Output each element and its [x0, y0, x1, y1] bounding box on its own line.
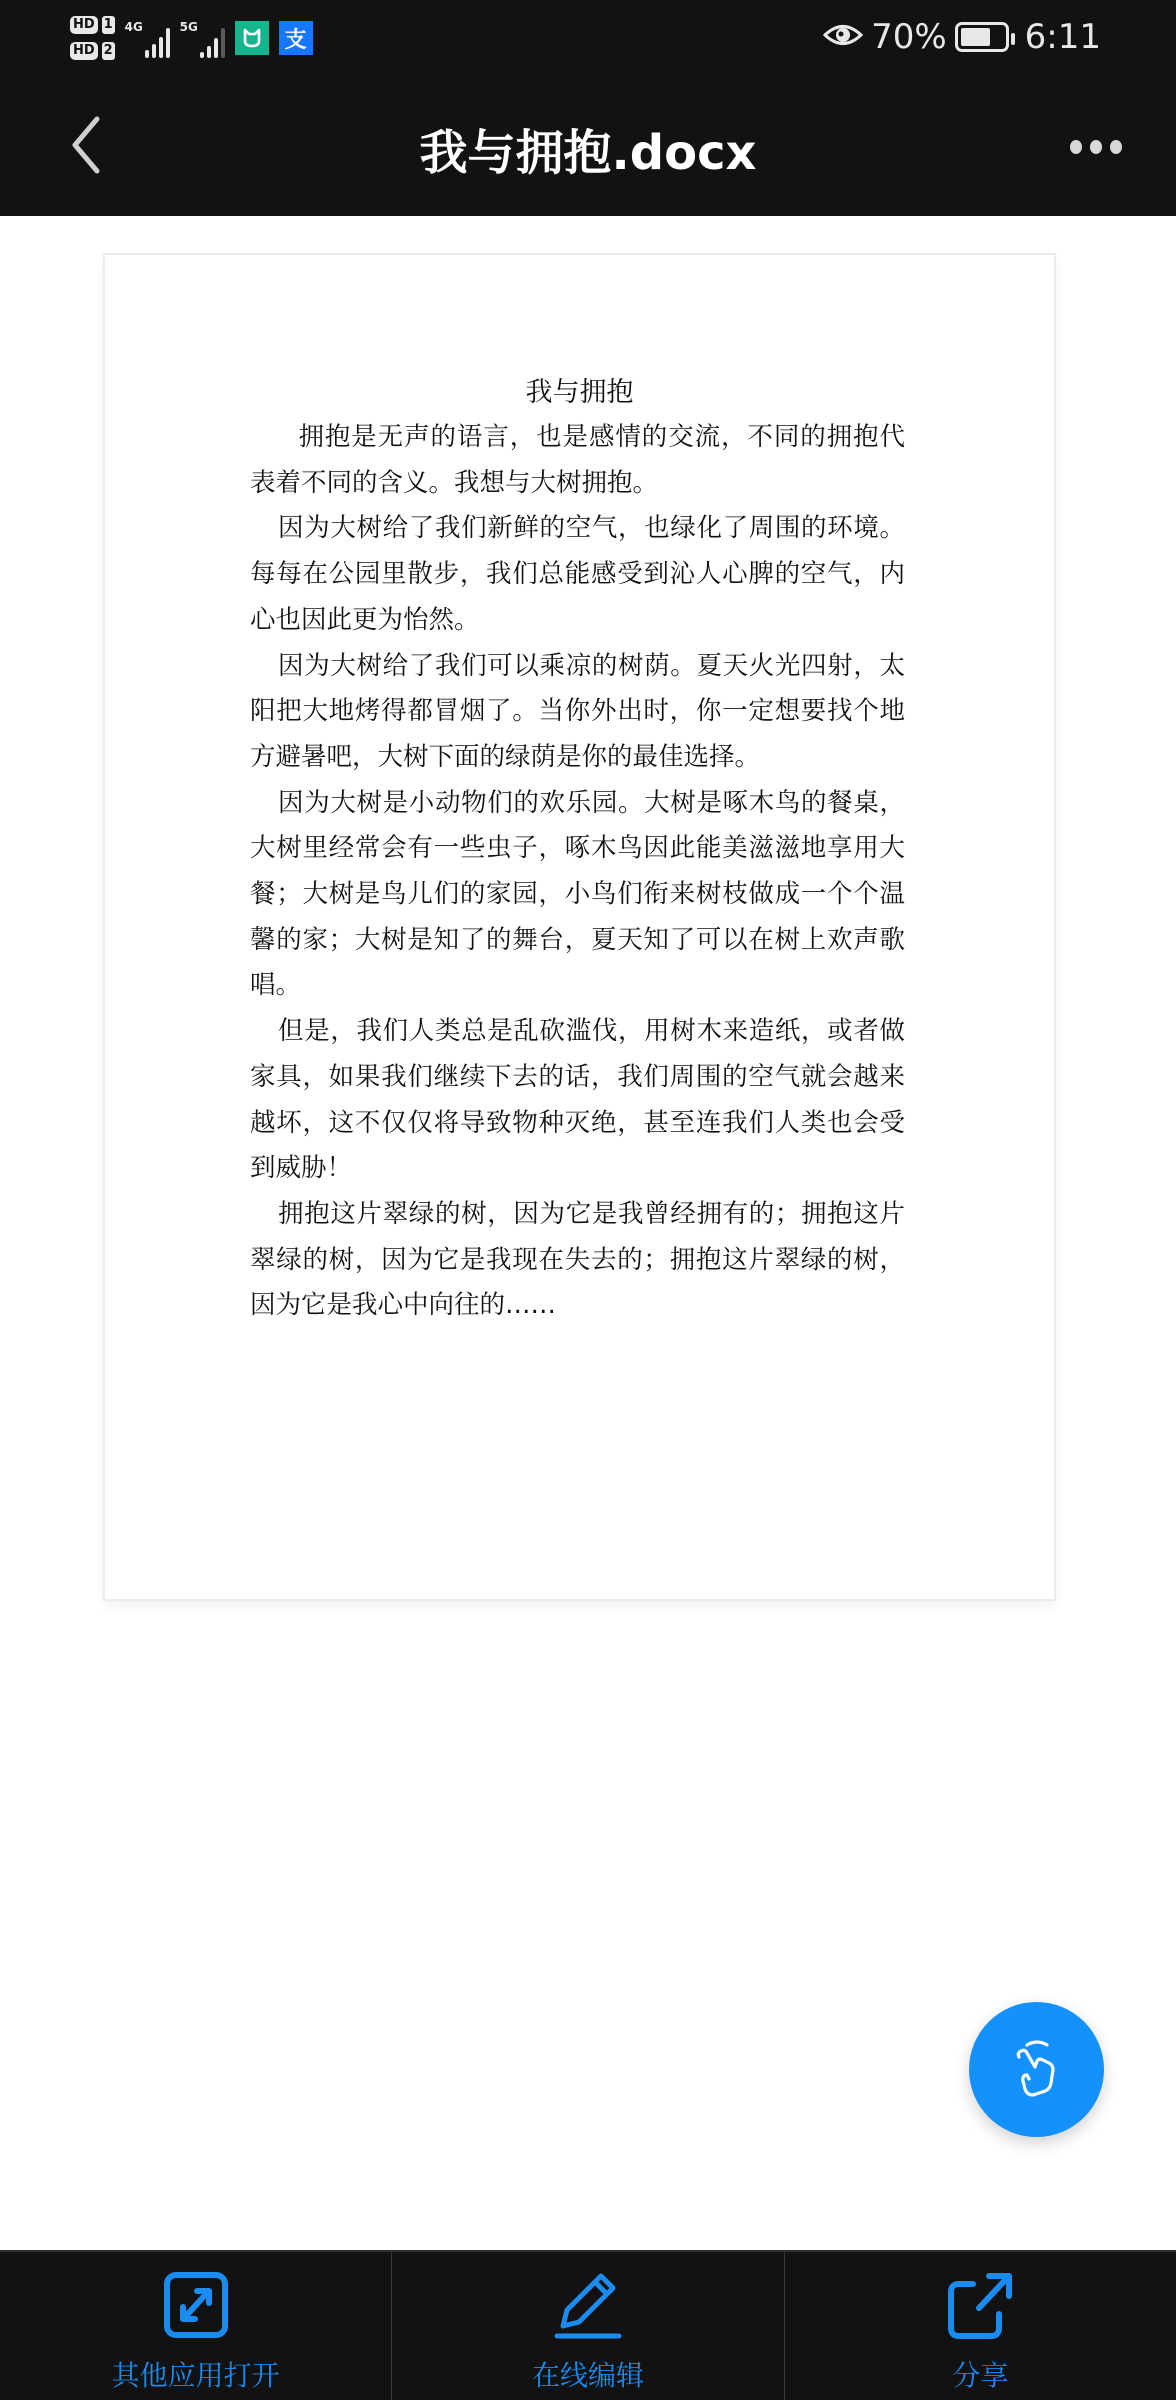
document-page[interactable]: 我与拥抱 拥抱是无声的语言，也是感情的交流，不同的拥抱代表着不同的含义。我想与大… — [103, 253, 1056, 1601]
battery-percent: 70% — [871, 17, 947, 57]
battery-icon — [955, 22, 1009, 52]
document-body: 拥抱是无声的语言，也是感情的交流，不同的拥抱代表着不同的含义。我想与大树拥抱。 … — [250, 415, 905, 1329]
title-bar: 我与拥抱.docx — [0, 74, 1176, 216]
dot — [1110, 140, 1122, 154]
more-options-button[interactable] — [1056, 122, 1136, 172]
sim1: HD 1 — [70, 16, 115, 34]
open-in-other-app-button[interactable]: 其他应用打开 — [0, 2252, 391, 2400]
paragraph: 拥抱这片翠绿的树，因为它是我曾经拥有的；拥抱这片翠绿的树，因为它是我现在失去的；… — [250, 1192, 905, 1329]
toolbar-label: 在线编辑 — [532, 2354, 644, 2394]
mi-home-app-icon — [235, 21, 269, 55]
paragraph: 因为大树给了我们新鲜的空气，也绿化了周围的环境。每每在公园里散步，我们总能感受到… — [250, 506, 905, 643]
signal-4g-icon: 4G — [125, 18, 170, 58]
hand-tap-icon — [1005, 2035, 1069, 2105]
eye-comfort-icon — [823, 17, 863, 57]
status-left: HD 1 HD 2 4G 5G — [70, 8, 313, 68]
paragraph: 因为大树给了我们可以乘凉的树荫。夏天火光四射，太阳把大地烤得都冒烟了。当你外出时… — [250, 644, 905, 781]
alipay-app-icon: 支 — [279, 21, 313, 55]
status-right: 70% 6:11 — [823, 14, 1101, 60]
share-icon — [945, 2270, 1015, 2340]
dot — [1090, 140, 1102, 154]
open-external-expand-icon — [161, 2270, 231, 2340]
online-edit-button[interactable]: 在线编辑 — [391, 2252, 783, 2400]
signal-bars — [200, 26, 225, 58]
paragraph: 因为大树是小动物们的欢乐园。大树是啄木鸟的餐桌，大树里经常会有一些虫子，啄木鸟因… — [250, 781, 905, 1010]
sim-indicators: HD 1 HD 2 — [70, 16, 115, 60]
clock: 6:11 — [1025, 17, 1101, 57]
paragraph: 但是，我们人类总是乱砍滥伐，用树木来造纸，或者做家具，如果我们继续下去的话，我们… — [250, 1009, 905, 1192]
status-bar: HD 1 HD 2 4G 5G — [0, 0, 1176, 74]
sim-number: 1 — [102, 16, 115, 34]
paragraph: 拥抱是无声的语言，也是感情的交流，不同的拥抱代表着不同的含义。我想与大树拥抱。 — [250, 415, 905, 506]
toolbar-label: 分享 — [952, 2354, 1008, 2394]
share-button[interactable]: 分享 — [784, 2252, 1176, 2400]
gesture-fab-button[interactable] — [969, 2002, 1104, 2137]
toolbar-label: 其他应用打开 — [112, 2354, 280, 2394]
sim-number: 2 — [102, 42, 115, 60]
sim2: HD 2 — [70, 42, 115, 60]
hd-badge: HD — [70, 42, 98, 60]
bottom-toolbar: 其他应用打开 在线编辑 分享 — [0, 2250, 1176, 2400]
signal-bars — [145, 26, 170, 58]
page-title: 我与拥抱.docx — [0, 114, 1176, 183]
more-horizontal-icon — [1070, 140, 1082, 154]
document-heading: 我与拥抱 — [105, 370, 1054, 409]
signal-5g-icon: 5G — [180, 18, 225, 58]
pencil-edit-icon — [553, 2270, 623, 2340]
hd-badge: HD — [70, 16, 98, 34]
network-type: 5G — [180, 20, 198, 34]
network-type: 4G — [125, 20, 143, 34]
